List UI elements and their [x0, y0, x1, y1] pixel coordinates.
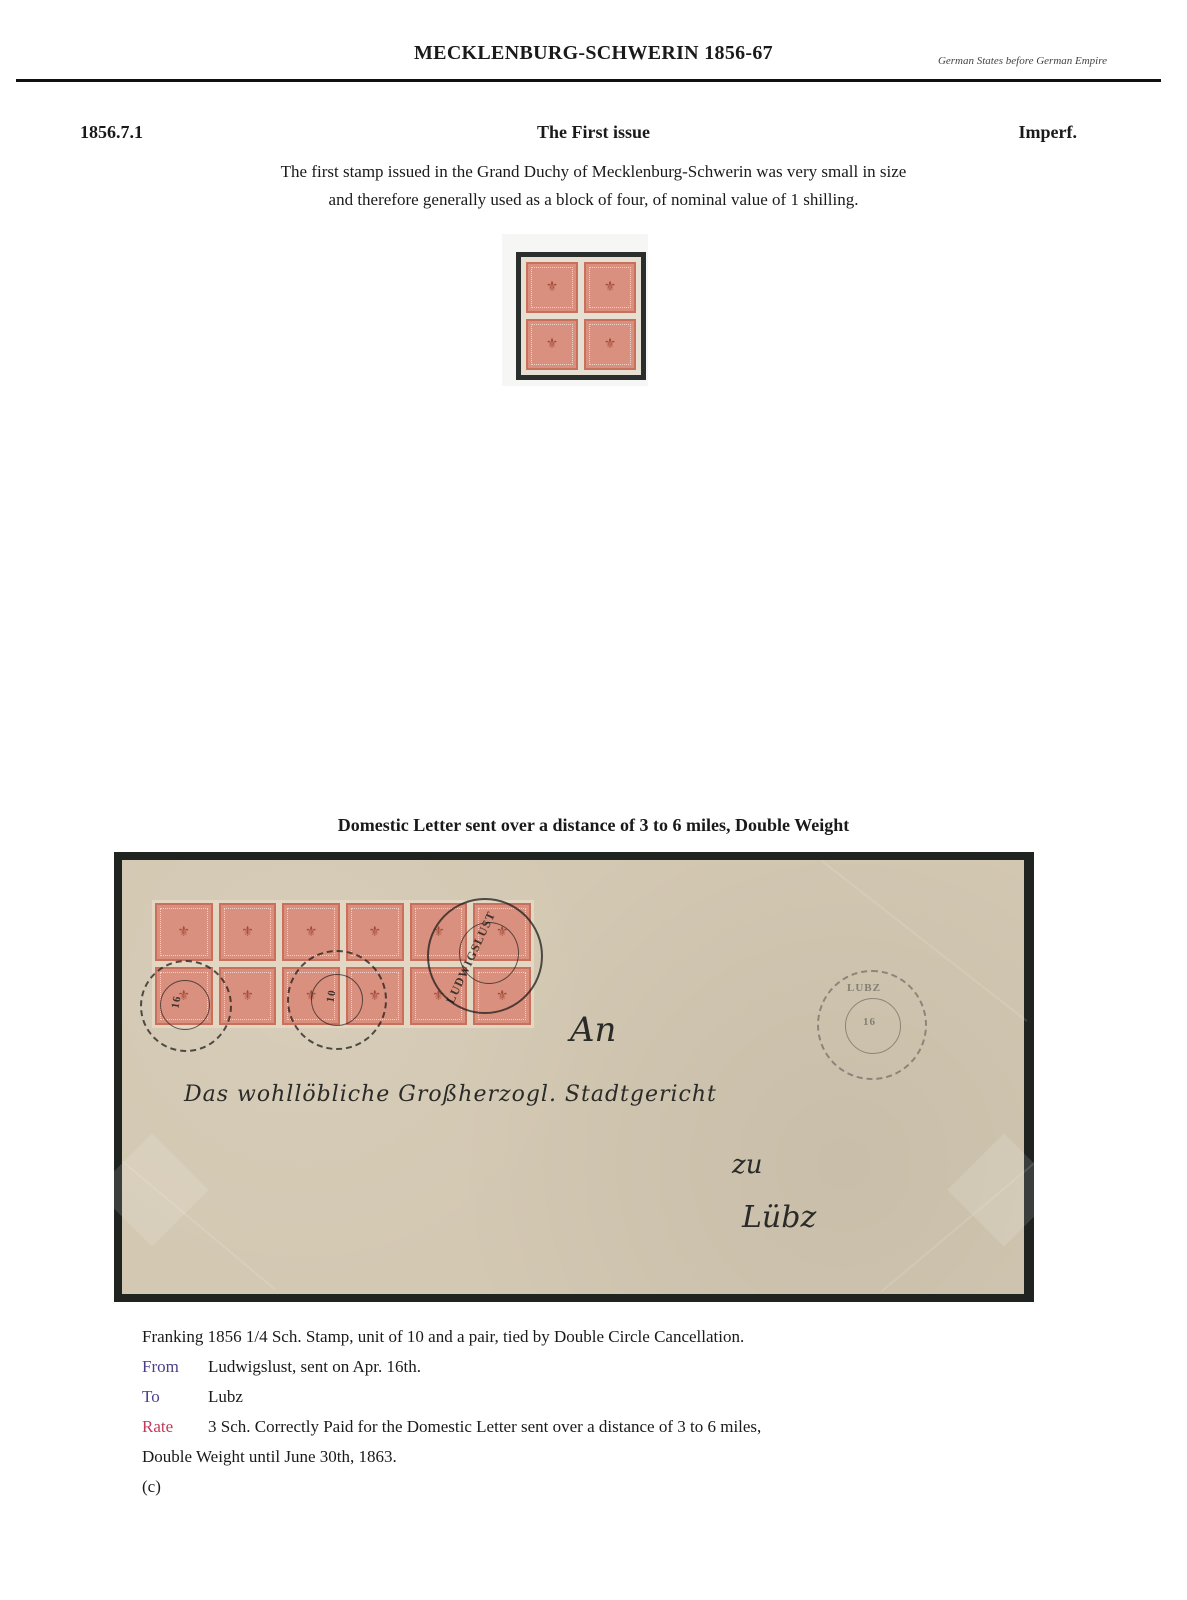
note: (c)	[142, 1472, 761, 1502]
corner-mount	[95, 1133, 208, 1246]
stamp-block-image: ⚜⚜⚜⚜	[516, 252, 646, 380]
postmark-date: 10	[324, 989, 338, 1004]
stamp: ⚜	[526, 319, 578, 370]
from-row: FromLudwigslust, sent on Apr. 16th.	[142, 1352, 761, 1382]
to-row: ToLubz	[142, 1382, 761, 1412]
stamp: ⚜	[155, 903, 213, 961]
cover-description: Franking 1856 1/4 Sch. Stamp, unit of 10…	[142, 1322, 761, 1502]
postmark-date: 16	[169, 995, 183, 1010]
franking-text: Franking 1856 1/4 Sch. Stamp, unit of 10…	[142, 1322, 761, 1352]
to-label: To	[142, 1382, 208, 1412]
rate-continuation: Double Weight until June 30th, 1863.	[142, 1442, 761, 1472]
from-label: From	[142, 1352, 208, 1382]
stamp-block: ⚜⚜⚜⚜	[521, 257, 641, 375]
section-title: The First issue	[0, 122, 1187, 143]
rate-value: 3 Sch. Correctly Paid for the Domestic L…	[208, 1417, 761, 1436]
address-line-3: zu	[732, 1150, 762, 1180]
rate-label: Rate	[142, 1412, 208, 1442]
intro-text: The first stamp issued in the Grand Duch…	[0, 158, 1187, 214]
envelope: ⚜⚜⚜⚜⚜⚜⚜⚜⚜⚜⚜⚜ 16 10 LUDWIGSLUST LUBZ 16 A…	[122, 860, 1024, 1294]
arrival-backstamp: LUBZ 16	[817, 970, 927, 1080]
stamp: ⚜	[526, 262, 578, 313]
cover-title: Domestic Letter sent over a distance of …	[0, 815, 1187, 836]
stamp: ⚜	[584, 319, 636, 370]
perforation-type: Imperf.	[1019, 122, 1077, 143]
stamp: ⚜	[584, 262, 636, 313]
address-line-2: Das wohllöbliche Großherzogl. Stadtgeric…	[184, 1082, 717, 1107]
backstamp-date: 16	[863, 1016, 876, 1028]
page-subtitle: German States before German Empire	[938, 55, 1107, 67]
address-line-1: An	[570, 1010, 616, 1050]
from-value: Ludwigslust, sent on Apr. 16th.	[208, 1357, 421, 1376]
postmark-middle: 10	[287, 950, 387, 1050]
header-divider	[16, 79, 1161, 82]
intro-line-1: The first stamp issued in the Grand Duch…	[0, 158, 1187, 186]
to-value: Lubz	[208, 1387, 243, 1406]
stamp: ⚜	[219, 903, 277, 961]
postmark-left: 16	[140, 960, 232, 1052]
corner-mount	[947, 1133, 1060, 1246]
postmark-right: LUDWIGSLUST	[427, 898, 543, 1014]
intro-line-2: and therefore generally used as a block …	[0, 186, 1187, 214]
cover-image: ⚜⚜⚜⚜⚜⚜⚜⚜⚜⚜⚜⚜ 16 10 LUDWIGSLUST LUBZ 16 A…	[114, 852, 1034, 1302]
backstamp-town: LUBZ	[847, 982, 881, 994]
address-line-4: Lübz	[742, 1200, 816, 1235]
rate-row: Rate3 Sch. Correctly Paid for the Domest…	[142, 1412, 761, 1442]
